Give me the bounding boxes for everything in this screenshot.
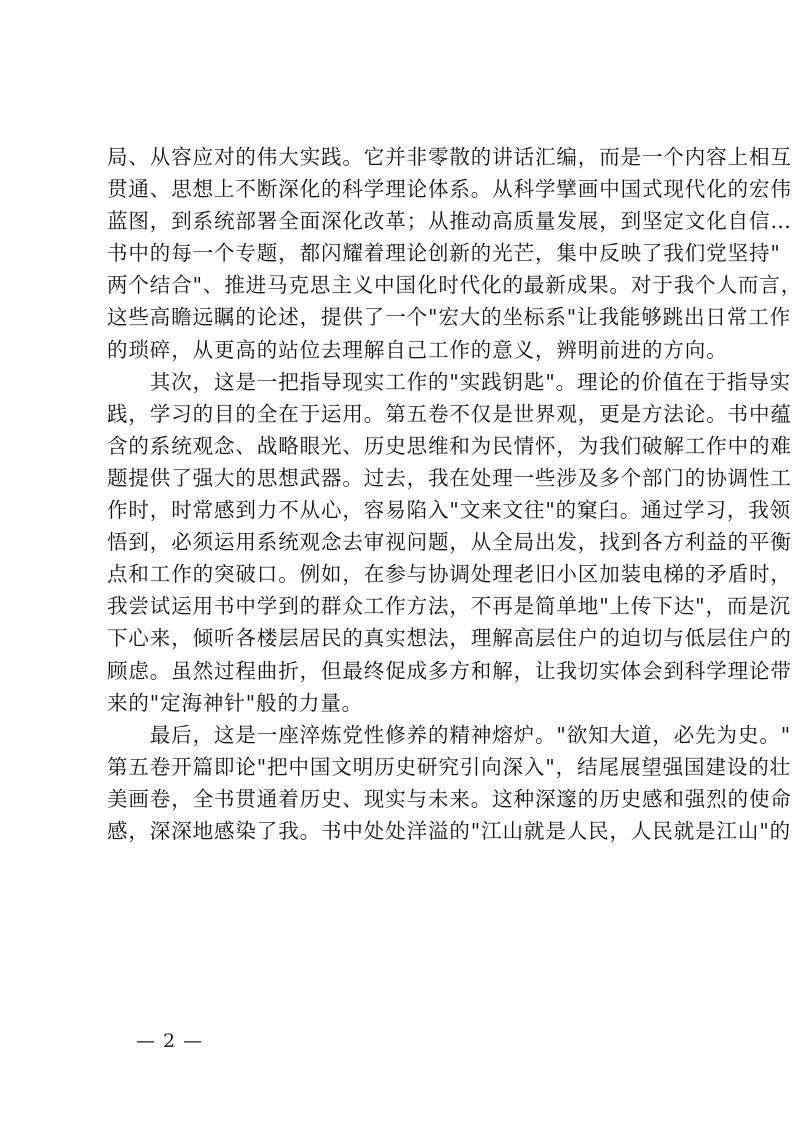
text-line: 践，学习的目的全在于运用。第五卷不仅是世界观，更是方法论。书中蕴 — [107, 398, 691, 430]
text-line: 点和工作的突破口。例如，在参与协调处理老旧小区加装电梯的矛盾时， — [107, 558, 691, 590]
text-line: 作时，时常感到力不从心，容易陷入"文来文往"的窠臼。通过学习，我领 — [107, 494, 691, 526]
text-line: 来的"定海神针"般的力量。 — [107, 687, 691, 719]
text-line: 两个结合"、推进马克思主义中国化时代化的最新成果。对于我个人而言， — [107, 269, 691, 301]
body-text: 局、从容应对的伟大实践。它并非零散的讲话汇编，而是一个内容上相互 贯通、思想上不… — [107, 141, 691, 847]
text-line: 题提供了强大的思想武器。过去，我在处理一些涉及多个部门的协调性工 — [107, 462, 691, 494]
text-line: 贯通、思想上不断深化的科学理论体系。从科学擘画中国式现代化的宏伟 — [107, 173, 691, 205]
text-line: 的琐碎，从更高的站位去理解自己工作的意义，辨明前进的方向。 — [107, 334, 691, 366]
text-line: 最后，这是一座淬炼党性修养的精神熔炉。"欲知大道，必先为史。" — [107, 719, 691, 751]
page-number: — 2 — — [136, 1030, 203, 1052]
text-line: 含的系统观念、战略眼光、历史思维和为民情怀，为我们破解工作中的难 — [107, 430, 691, 462]
text-line: 第五卷开篇即论"把中国文明历史研究引向深入"，结尾展望强国建设的壮 — [107, 751, 691, 783]
text-line: 其次，这是一把指导现实工作的"实践钥匙"。理论的价值在于指导实 — [107, 366, 691, 398]
text-line: 顾虑。虽然过程曲折，但最终促成多方和解，让我切实体会到科学理论带 — [107, 655, 691, 687]
document-page: 局、从容应对的伟大实践。它并非零散的讲话汇编，而是一个内容上相互 贯通、思想上不… — [0, 0, 793, 1122]
text-line: 悟到，必须运用系统观念去审视问题，从全局出发，找到各方利益的平衡 — [107, 526, 691, 558]
text-line: 下心来，倾听各楼层居民的真实想法，理解高层住户的迫切与低层住户的 — [107, 622, 691, 654]
text-line: 感，深深地感染了我。书中处处洋溢的"江山就是人民，人民就是江山"的 — [107, 815, 691, 847]
text-line: 书中的每一个专题，都闪耀着理论创新的光芒，集中反映了我们党坚持" — [107, 237, 691, 269]
text-line: 局、从容应对的伟大实践。它并非零散的讲话汇编，而是一个内容上相互 — [107, 141, 691, 173]
text-line: 这些高瞻远瞩的论述，提供了一个"宏大的坐标系"让我能够跳出日常工作 — [107, 301, 691, 333]
text-line: 蓝图，到系统部署全面深化改革；从推动高质量发展，到坚定文化自信…… — [107, 205, 691, 237]
text-line: 美画卷，全书贯通着历史、现实与未来。这种深邃的历史感和强烈的使命 — [107, 783, 691, 815]
text-line: 我尝试运用书中学到的群众工作方法，不再是简单地"上传下达"，而是沉 — [107, 590, 691, 622]
